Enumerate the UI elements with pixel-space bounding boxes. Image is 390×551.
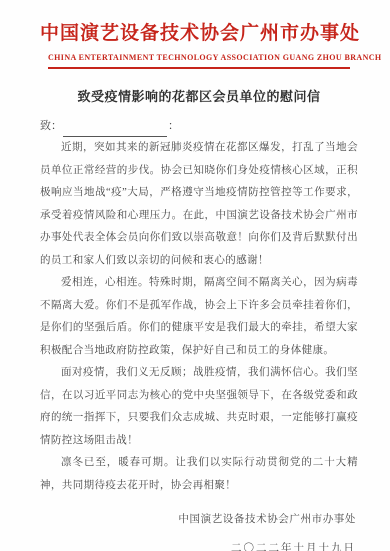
salutation-prefix: 致： bbox=[40, 120, 62, 132]
paragraph-3: 面对疫情，我们义无反顾；战胜疫情，我们满怀信心。我们坚信，在以习近平同志为核心的… bbox=[40, 362, 358, 452]
letter-body: 近期，突如其来的新冠肺炎疫情在花都区爆发，打乱了当地会员单位正常经营的步伐。协会… bbox=[40, 137, 358, 497]
signature-date: 二〇二二年十月十九日 bbox=[40, 540, 356, 551]
signature-block: 中国演艺设备技术协会广州市办事处 二〇二二年十月十九日 bbox=[40, 511, 358, 551]
signature-organization: 中国演艺设备技术协会广州市办事处 bbox=[40, 511, 356, 526]
paragraph-4: 凛冬已至，暖春可期。让我们以实际行动贯彻党的二十大精神，共同期待疫去花开时，协会… bbox=[40, 452, 358, 497]
salutation-suffix: ： bbox=[168, 120, 179, 132]
recipient-blank-line bbox=[63, 125, 167, 137]
paragraph-1: 近期，突如其来的新冠肺炎疫情在花都区爆发，打乱了当地会员单位正常经营的步伐。协会… bbox=[40, 137, 358, 272]
header-rule: CHINA ENTERTAINMENT TECHNOLOGY ASSOCIATI… bbox=[48, 47, 350, 69]
letter-page: 中国演艺设备技术协会广州市办事处 CHINA ENTERTAINMENT TEC… bbox=[0, 0, 390, 551]
org-name-english: CHINA ENTERTAINMENT TECHNOLOGY ASSOCIATI… bbox=[48, 53, 382, 62]
letter-title: 致受疫情影响的花都区会员单位的慰问信 bbox=[40, 86, 358, 105]
org-name-chinese: 中国演艺设备技术协会广州市办事处 bbox=[40, 18, 358, 45]
salutation-line: 致：： bbox=[40, 115, 358, 137]
paragraph-2: 爱相连，心相连。特殊时期，隔离空间不隔离关心，因为病毒不隔离大爱。你们不是孤军作… bbox=[40, 272, 358, 362]
